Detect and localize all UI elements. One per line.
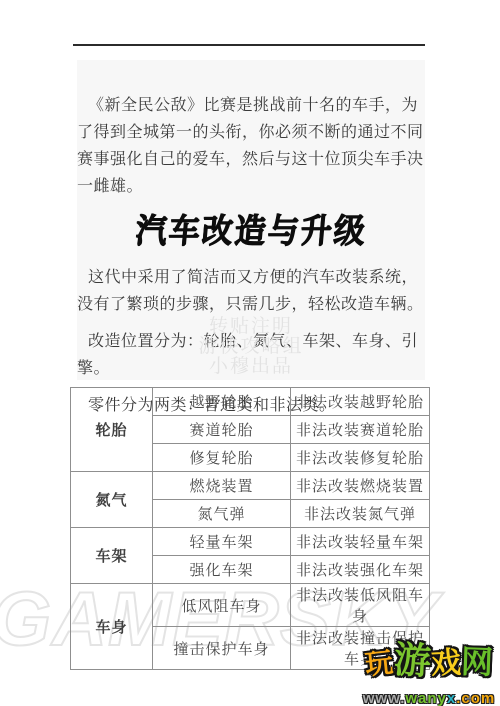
illegal-part-cell: 非法改装修复轮胎 [291,444,430,472]
part-cell: 强化车架 [153,556,291,584]
part-cell: 低风阻车身 [153,584,291,627]
logo-url-part: x [447,690,456,706]
logo-character: 网 [460,641,493,682]
logo-url-part: .com [456,690,495,706]
part-cell: 修复轮胎 [153,444,291,472]
illegal-part-cell: 非法改装燃烧装置 [291,472,430,500]
part-cell: 越野轮胎 [153,388,291,416]
intro-paragraph: 《新全民公敌》比赛是挑战前十名的车手，为了得到全城第一的头衔，你必须不断的通过不… [77,92,425,200]
illegal-part-cell: 非法改装氮气弹 [291,500,430,528]
parts-table: 轮胎越野轮胎非法改装越野轮胎赛道轮胎非法改装赛道轮胎修复轮胎非法改装修复轮胎氮气… [70,387,430,670]
illegal-part-cell: 非法改装强化车架 [291,556,430,584]
category-cell: 轮胎 [71,388,153,472]
part-cell: 燃烧装置 [153,472,291,500]
wanyx-logo-url: www.wanyx.com [360,690,498,706]
illegal-part-cell: 非法改装低风阻车身 [291,584,430,627]
logo-character: 玩 [363,643,395,686]
positions-paragraph: 改造位置分为：轮胎、氮气、车架、车身、引擎。 [77,328,425,382]
logo-url-part: www. [363,690,406,706]
wanyx-site-logo: 玩游戏网 www.wanyx.com [360,641,498,706]
article-title: 汽车改造与升级 [75,207,427,255]
category-cell: 车身 [71,584,153,670]
part-cell: 撞击保护车身 [153,627,291,670]
logo-character: 游 [392,640,431,682]
parts-table-body: 轮胎越野轮胎非法改装越野轮胎赛道轮胎非法改装赛道轮胎修复轮胎非法改装修复轮胎氮气… [71,388,430,670]
part-cell: 轻量车架 [153,528,291,556]
table-row: 车架轻量车架非法改装轻量车架 [71,528,430,556]
logo-url-part: wany [405,690,447,706]
logo-character: 戏 [429,643,461,685]
part-cell: 氮气弹 [153,500,291,528]
part-cell: 赛道轮胎 [153,416,291,444]
category-cell: 车架 [71,528,153,584]
illegal-part-cell: 非法改装轻量车架 [291,528,430,556]
article-body: 《新全民公敌》比赛是挑战前十名的车手，为了得到全城第一的头衔，你必须不断的通过不… [77,60,425,380]
top-divider-rule [73,44,425,46]
table-row: 轮胎越野轮胎非法改装越野轮胎 [71,388,430,416]
illegal-part-cell: 非法改装赛道轮胎 [291,416,430,444]
system-paragraph: 这代中采用了简洁而又方便的汽车改装系统，没有了繁琐的步骤，只需几步，轻松改造车辆… [77,264,425,318]
table-row: 车身低风阻车身非法改装低风阻车身 [71,584,430,627]
illegal-part-cell: 非法改装越野轮胎 [291,388,430,416]
category-cell: 氮气 [71,472,153,528]
wanyx-logo-characters: 玩游戏网 [360,641,498,689]
table-row: 氮气燃烧装置非法改装燃烧装置 [71,472,430,500]
